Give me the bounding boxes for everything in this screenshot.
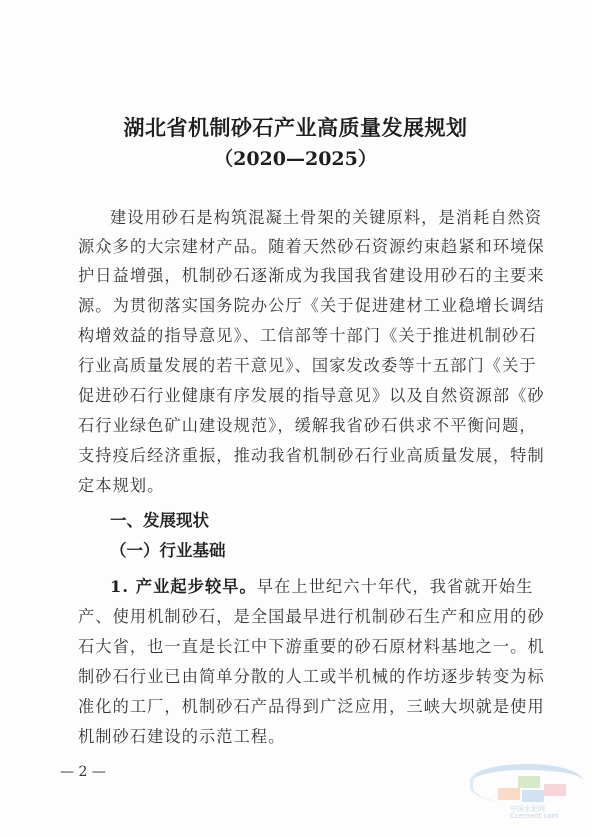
watermark-logo: 中国水泥网 Ccement.com (470, 762, 580, 822)
intro-line: 定本规划。 (78, 476, 516, 496)
intro-line: 支持疫后经济重振，推动我省机制砂石行业高质量发展，特制 (78, 446, 516, 466)
watermark-orange-square-icon (498, 788, 520, 800)
subsection-heading: （一）行业基础 (110, 537, 226, 561)
intro-line: 石行业绿色矿山建设规范》，缓解我省砂石供求不平衡问题， (78, 416, 516, 436)
intro-line: 源众多的大宗建材产品。随着天然砂石资源约束趋紧和环境保 (78, 237, 516, 257)
point1-line: 准化的工厂，机制砂石产品得到广泛应用，三峡大坝就是使用 (78, 697, 516, 717)
intro-line: 源。为贯彻落实国务院办公厅《关于促进建材工业稳增长调结 (78, 296, 516, 316)
point1-label: 1. 产业起步较早。 (110, 577, 257, 596)
watermark-green-square-icon (518, 776, 540, 788)
point1-first-text: 早在上世纪六十年代，我省就开始生 (257, 577, 534, 596)
intro-line: 促进砂石行业健康有序发展的指导意见》以及自然资源部《砂 (78, 386, 516, 406)
point1-line: 石大省，也一直是长江中下游重要的砂石原材料基地之一。机 (78, 637, 516, 657)
document-title: 湖北省机制砂石产业高质量发展规划 (0, 112, 591, 142)
watermark-pink-square-icon (544, 784, 566, 796)
page-number: — 2 — (60, 764, 106, 780)
watermark-blue-square-icon (522, 790, 544, 802)
point1-first-line: 1. 产业起步较早。早在上世纪六十年代，我省就开始生 (110, 577, 516, 597)
watermark-text-en: Ccement.com (510, 812, 559, 820)
intro-line: 构增效益的指导意见》、工信部等十部门《关于推进机制砂石 (78, 326, 516, 346)
intro-line: 护日益增强，机制砂石逐渐成为我国我省建设用砂石的主要来 (78, 266, 516, 286)
section-heading: 一、发展现状 (110, 507, 209, 531)
point1-line: 产、使用机制砂石，是全国最早进行机制砂石生产和应用的砂 (78, 607, 516, 627)
point1-line: 机制砂石建设的示范工程。 (78, 727, 516, 747)
intro-line: 行业高质量发展的若干意见》、国家发改委等十五部门《关于 (78, 356, 516, 376)
point1-line: 制砂石行业已由简单分散的人工或半机械的作坊逐步转变为标 (78, 667, 516, 687)
document-subtitle: （2020—2025） (0, 144, 591, 171)
intro-line: 建设用砂石是构筑混凝土骨架的关键原料，是消耗自然资 (110, 208, 516, 228)
